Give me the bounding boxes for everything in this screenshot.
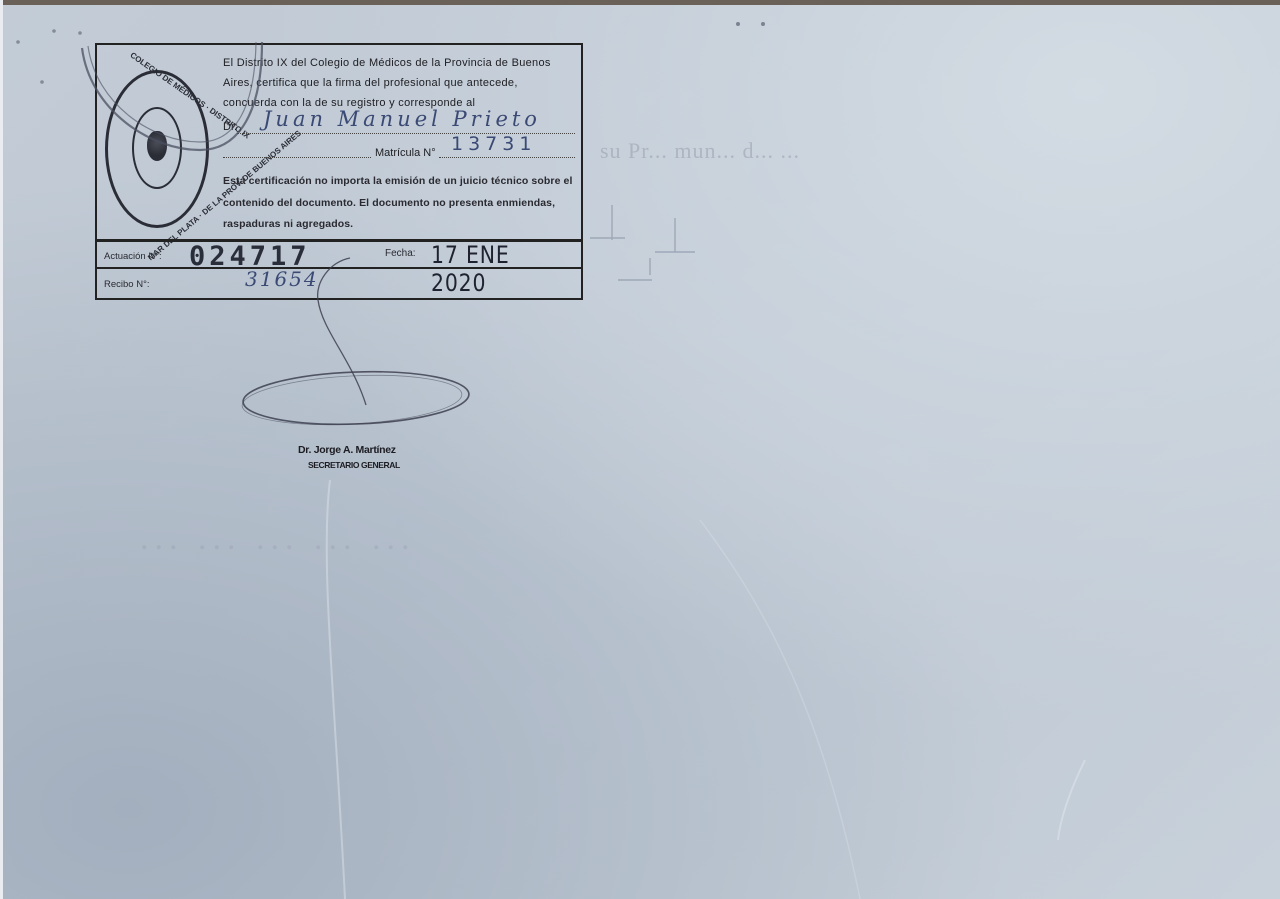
matricula-dotted-line-right [439,157,575,158]
matricula-label: Matrícula N° [375,147,436,159]
matricula-dotted-line-left [223,157,371,158]
disclaimer-text: Esta certificación no importa la emisión… [223,171,575,236]
actuacion-label: Actuación N°: [104,251,162,262]
signatory-title: SECRETARIO GENERAL [308,460,400,470]
recibo-row: Recibo N°: 31654 [97,267,581,298]
doctor-name: Juan Manuel Prieto [263,107,541,131]
signatory-name: Dr. Jorge A. Martínez [298,444,396,456]
recibo-number: 31654 [245,267,319,291]
page-top-edge [0,0,1280,5]
signature-oval [242,368,470,428]
show-through-text-line-1: su Pr... mun... d... ... [600,138,800,164]
certification-stamp: COLEGIO DE MÉDICOS · DISTRITO IX MAR DEL… [95,43,583,300]
college-seal: COLEGIO DE MÉDICOS · DISTRITO IX MAR DEL… [105,70,209,228]
page-left-edge [0,0,3,899]
seal-inner-ring [132,107,182,189]
matricula-row: Matrícula N° 13731 [223,137,575,161]
show-through-text-line-2: ... ... ... ... ... [140,520,416,558]
certification-text: El Distrito IX del Colegio de Médicos de… [223,53,575,113]
doctor-row: Dr. Juan Manuel Prieto [223,111,575,135]
stamp-body: COLEGIO DE MÉDICOS · DISTRITO IX MAR DEL… [97,45,581,239]
coat-of-arms-icon [147,131,167,161]
recibo-label: Recibo N°: [104,279,150,290]
fecha-label: Fecha: [385,248,416,259]
doctor-label: Dr. [223,121,237,133]
actuacion-row: Actuación N°: 024717 Fecha: 17 ENE 2020 [97,239,581,267]
document-page: su Pr... mun... d... ... ... ... ... ...… [0,0,1280,899]
matricula-value: 13731 [451,133,536,155]
